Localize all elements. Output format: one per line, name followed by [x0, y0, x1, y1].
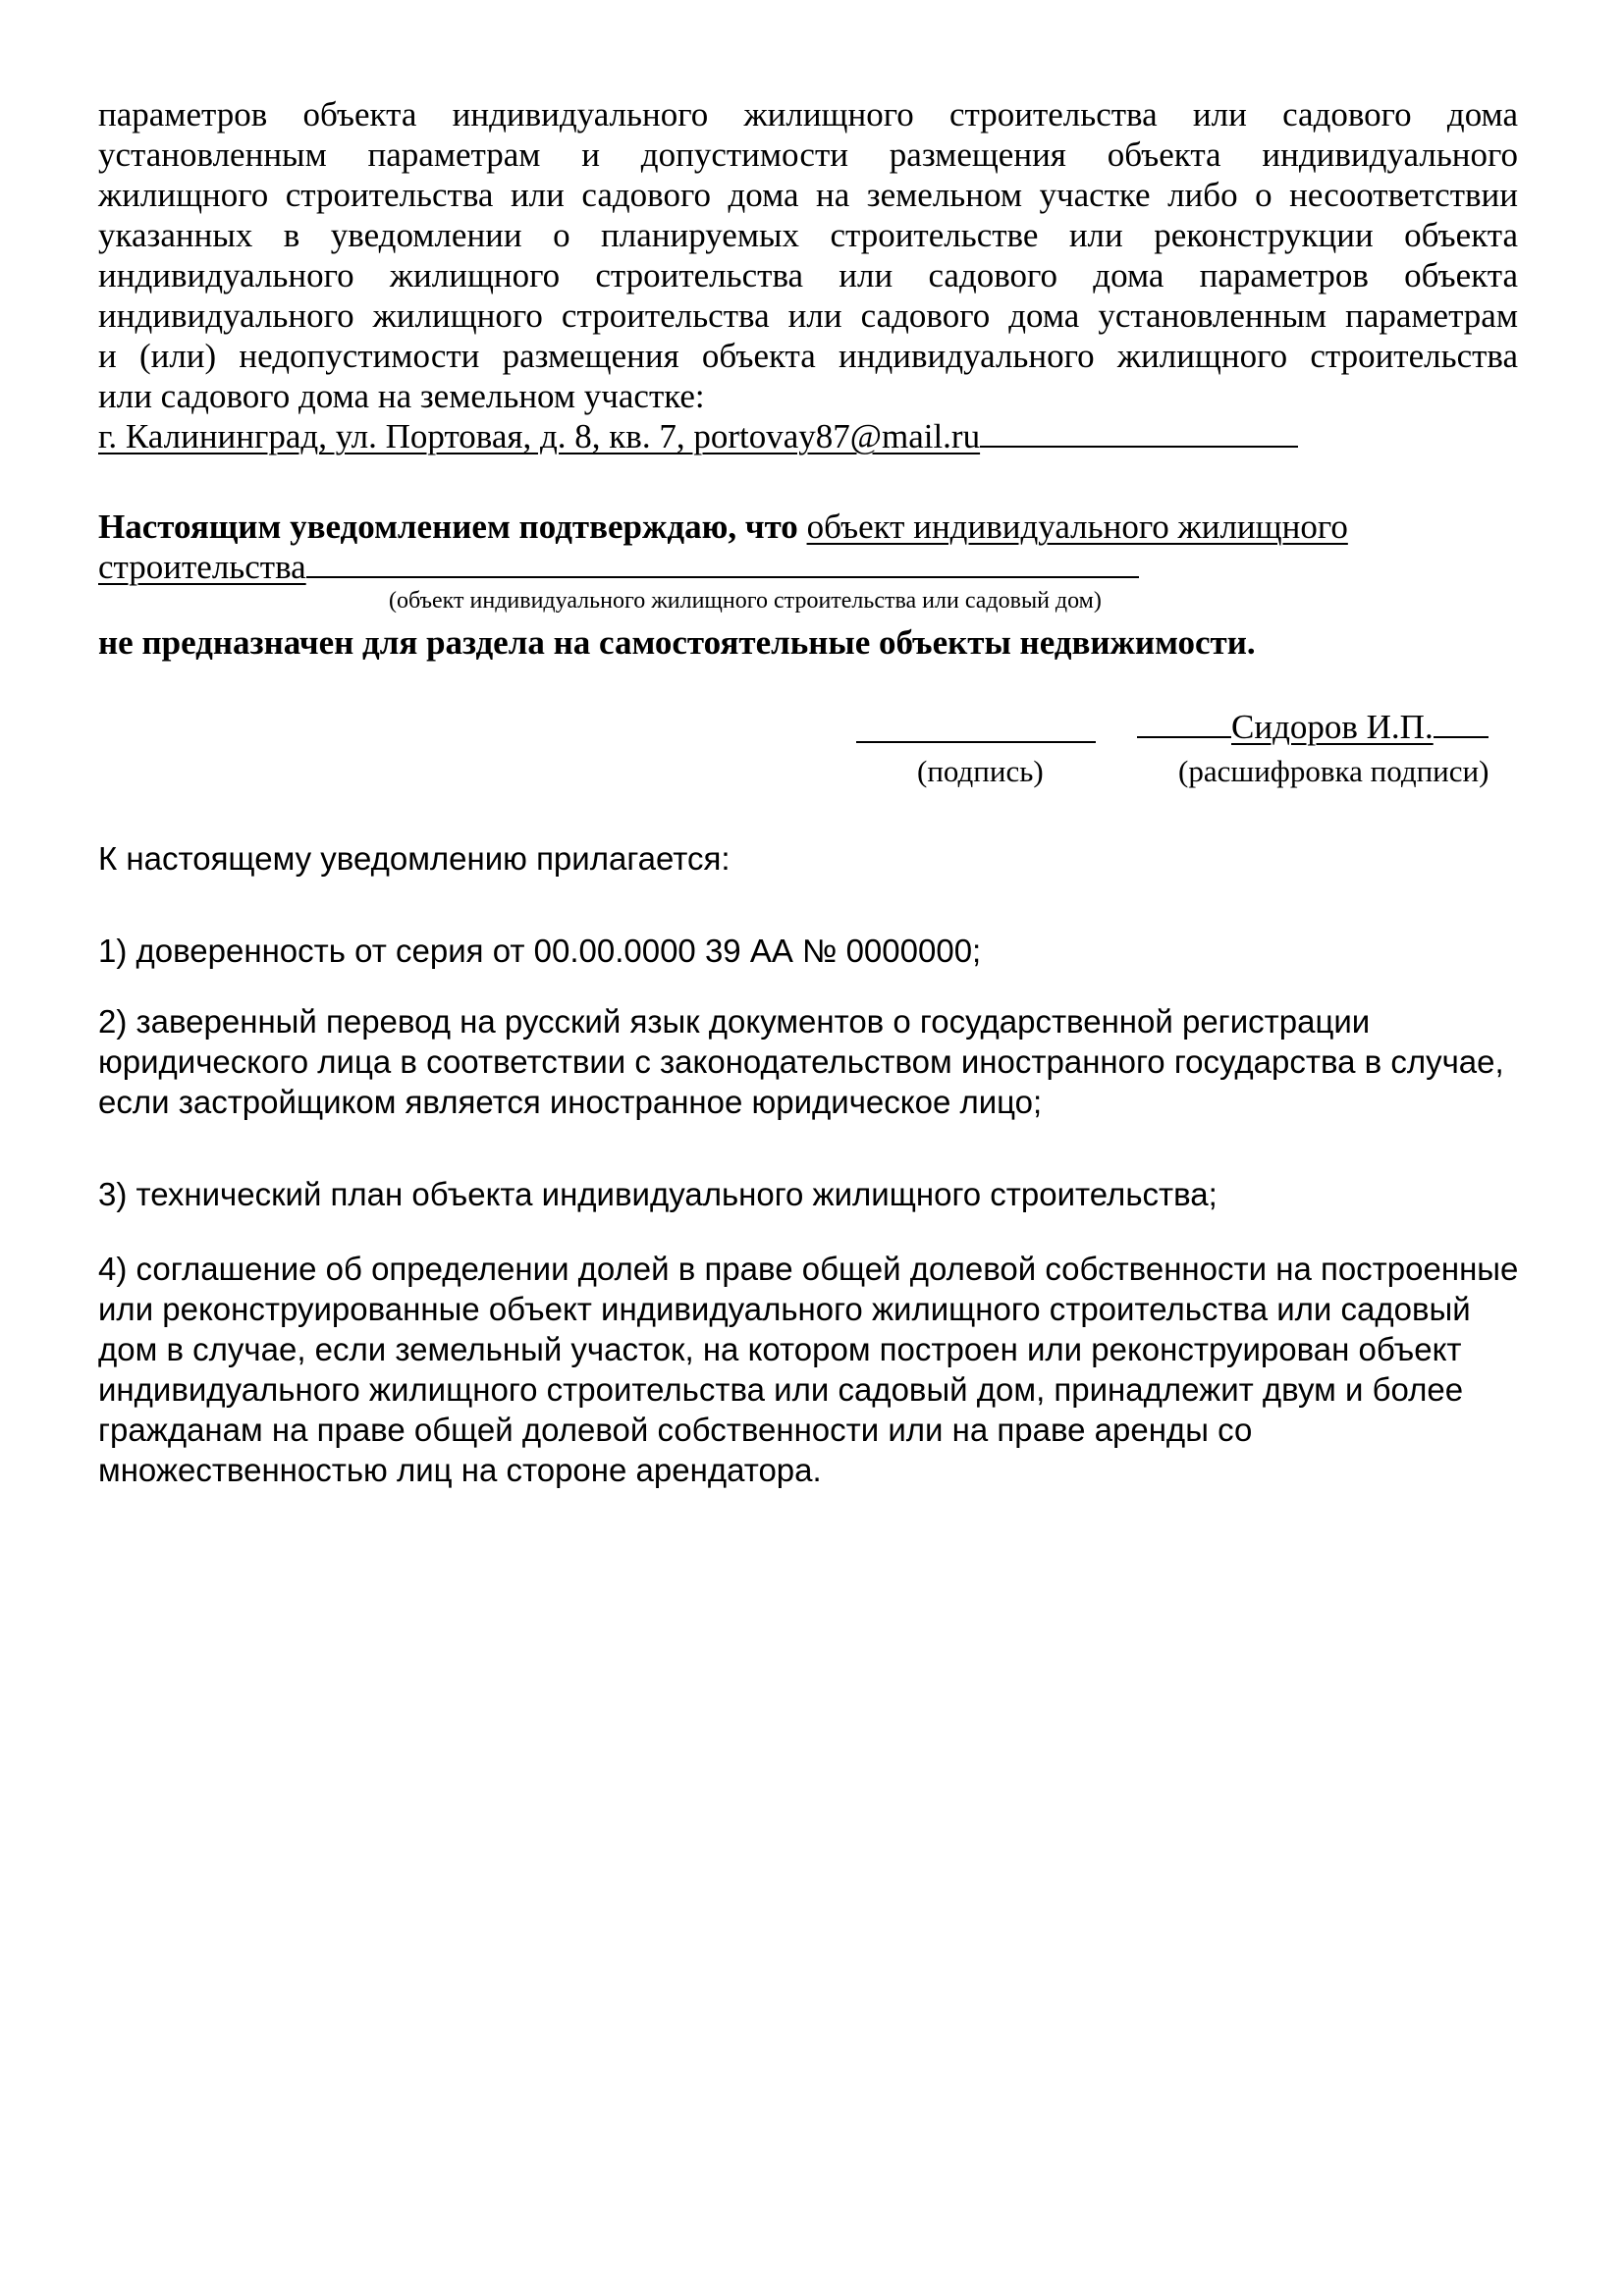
signature-hint: (подпись) [917, 751, 1044, 791]
attachments-heading: К настоящему уведомлению прилагается: [98, 838, 731, 879]
paragraph-line: параметров объекта индивидуального жилищ… [98, 94, 1518, 134]
paragraph-line: и (или) недопустимости размещения объект… [98, 336, 1518, 376]
attachment-item-4: множественностью лиц на стороне арендато… [98, 1450, 822, 1490]
attachment-item-3: 3) технический план объекта индивидуальн… [98, 1174, 1218, 1214]
signature-field [856, 707, 1096, 747]
paragraph-line: жилищного строительства или садового дом… [98, 175, 1518, 215]
object-type-value: объект индивидуального жилищного [807, 507, 1348, 546]
attachment-item-2: юридического лица в соответствии с закон… [98, 1041, 1504, 1082]
confirmation-outro: не предназначен для раздела на самостоят… [98, 622, 1256, 663]
name-hint: (расшифровка подписи) [1178, 751, 1489, 791]
confirmation-line-2: строительства [98, 547, 1139, 587]
attachment-item-2: 2) заверенный перевод на русский язык до… [98, 1001, 1370, 1041]
signer-name: Сидоров И.П. [1231, 708, 1434, 746]
attachment-item-4: 4) соглашение об определении долей в пра… [98, 1249, 1518, 1289]
name-blank-tail [1434, 735, 1489, 738]
address-value: г. Калининград, ул. Портовая, д. 8, кв. … [98, 417, 980, 455]
attachment-item-2: если застройщиком является иностранное ю… [98, 1082, 1042, 1122]
paragraph-line: или садового дома на земельном участке: [98, 376, 705, 416]
attachment-item-4: гражданам на праве общей долевой собстве… [98, 1410, 1252, 1450]
object-type-hint: (объект индивидуального жилищного строит… [389, 587, 1102, 614]
name-blank-lead [1137, 735, 1231, 738]
signature-blank-line [856, 740, 1096, 743]
confirmation-intro: Настоящим уведомлением подтверждаю, что [98, 507, 798, 546]
attachment-item-4: или реконструированные объект индивидуал… [98, 1289, 1471, 1329]
object-type-value-cont: строительства [98, 548, 306, 586]
name-field: Сидоров И.П. [1137, 707, 1489, 747]
paragraph-line: установленным параметрам и допустимости … [98, 134, 1518, 175]
paragraph-line: индивидуального жилищного строительства … [98, 255, 1518, 295]
attachment-item-4: индивидуального жилищного строительства … [98, 1369, 1463, 1410]
attachment-item-4: дом в случае, если земельный участок, на… [98, 1329, 1462, 1369]
address-blank-line [980, 445, 1298, 448]
object-blank-line [306, 575, 1139, 578]
attachment-item-1: 1) доверенность от серия от 00.00.0000 3… [98, 931, 981, 971]
paragraph-line: указанных в уведомлении о планируемых ст… [98, 215, 1518, 255]
paragraph-line: индивидуального жилищного строительства … [98, 295, 1518, 336]
address-field: г. Калининград, ул. Портовая, д. 8, кв. … [98, 416, 1298, 456]
confirmation-line-1: Настоящим уведомлением подтверждаю, что … [98, 507, 1348, 547]
